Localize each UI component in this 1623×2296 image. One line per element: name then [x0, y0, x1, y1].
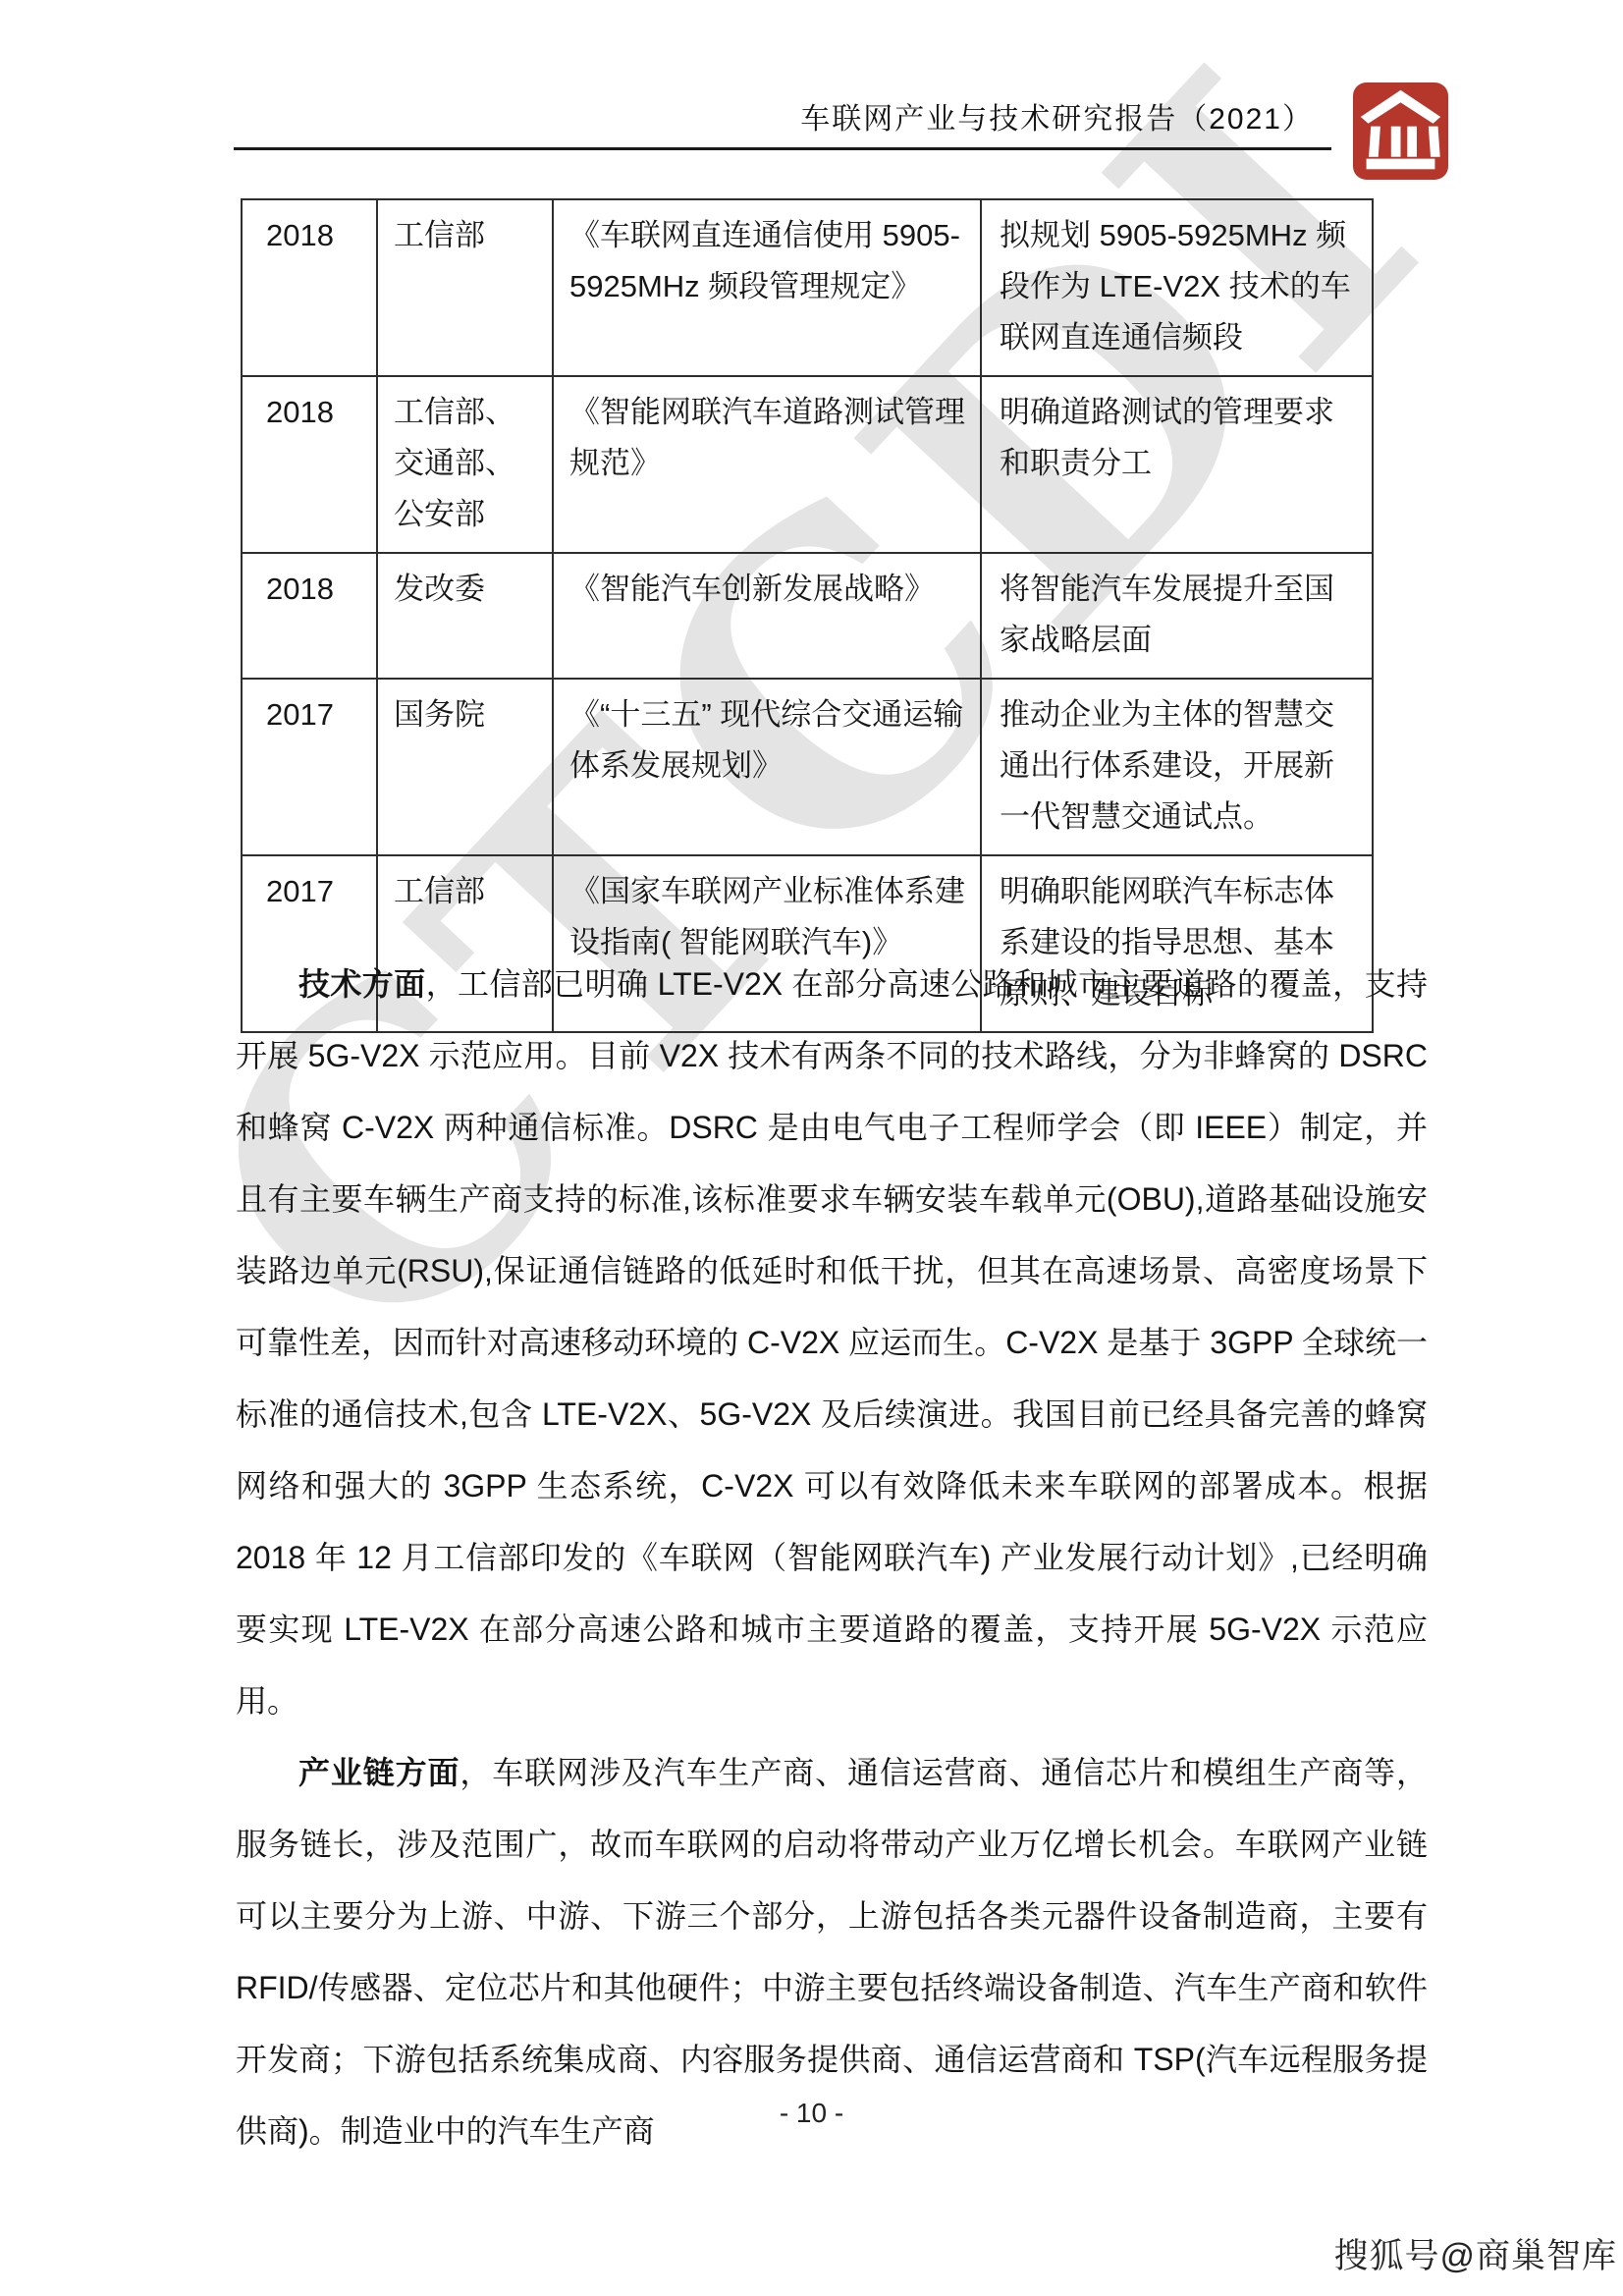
table-row: 2017 国务院 《“十三五” 现代综合交通运输体系发展规划》 推动企业为主体的… — [242, 679, 1373, 855]
cell-policy: 《“十三五” 现代综合交通运输体系发展规划》 — [553, 679, 981, 855]
table-row: 2018 工信部 《车联网直连通信使用 5905-5925MHz 频段管理规定》… — [242, 199, 1373, 376]
cell-summary: 明确道路测试的管理要求和职责分工 — [981, 376, 1373, 553]
site-watermark: 搜狐号@商巢智库 — [1333, 2229, 1617, 2278]
body-text: 技术方面，工信部已明确 LTE-V2X 在部分高速公路和城市主要道路的覆盖，支持… — [236, 949, 1428, 2167]
cell-year: 2018 — [242, 553, 377, 679]
institute-logo-icon — [1353, 82, 1448, 180]
cell-summary: 推动企业为主体的智慧交通出行体系建设，开展新一代智慧交通试点。 — [981, 679, 1373, 855]
cell-policy: 《车联网直连通信使用 5905-5925MHz 频段管理规定》 — [553, 199, 981, 376]
cell-policy: 《智能网联汽车道路测试管理规范》 — [553, 376, 981, 553]
cell-agency: 国务院 — [377, 679, 553, 855]
table-row: 2018 发改委 《智能汽车创新发展战略》 将智能汽车发展提升至国家战略层面 — [242, 553, 1373, 679]
paragraph-body: ，车联网涉及汽车生产商、通信运营商、通信芯片和模组生产商等，服务链长，涉及范围广… — [236, 1755, 1428, 2149]
header-divider — [234, 147, 1331, 150]
cell-agency: 工信部 — [377, 199, 553, 376]
paragraph-body: ，工信部已明确 LTE-V2X 在部分高速公路和城市主要道路的覆盖，支持开展 5… — [236, 966, 1428, 1719]
paragraph-lead: 技术方面 — [298, 966, 426, 1002]
paragraph-technology: 技术方面，工信部已明确 LTE-V2X 在部分高速公路和城市主要道路的覆盖，支持… — [236, 949, 1428, 1737]
cell-policy: 《智能汽车创新发展战略》 — [553, 553, 981, 679]
cell-agency: 发改委 — [377, 553, 553, 679]
cell-summary: 拟规划 5905-5925MHz 频段作为 LTE-V2X 技术的车联网直连通信… — [981, 199, 1373, 376]
policy-table: 2018 工信部 《车联网直连通信使用 5905-5925MHz 频段管理规定》… — [241, 198, 1374, 1033]
cell-agency: 工信部、交通部、公安部 — [377, 376, 553, 553]
report-header-title: 车联网产业与技术研究报告（2021） — [800, 94, 1314, 137]
page-number: - 10 - — [0, 2098, 1623, 2129]
document-page: CTCDI 车联网产业与技术研究报告（2021） — [0, 0, 1623, 2296]
cell-year: 2018 — [242, 199, 377, 376]
cell-year: 2017 — [242, 679, 377, 855]
cell-year: 2018 — [242, 376, 377, 553]
cell-summary: 将智能汽车发展提升至国家战略层面 — [981, 553, 1373, 679]
paragraph-lead: 产业链方面 — [298, 1755, 460, 1790]
table-row: 2018 工信部、交通部、公安部 《智能网联汽车道路测试管理规范》 明确道路测试… — [242, 376, 1373, 553]
